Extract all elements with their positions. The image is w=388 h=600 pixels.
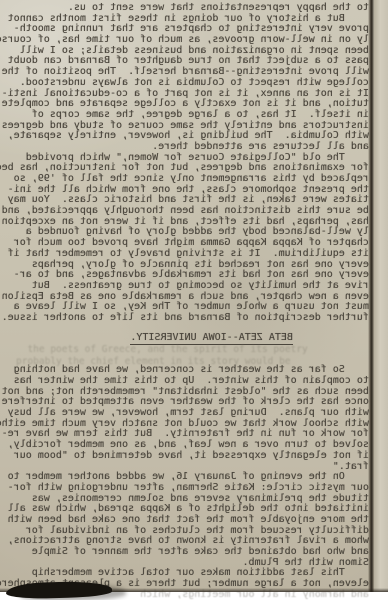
text-line: if not elegantly expressed it, have dete… [0, 451, 369, 462]
mirrored-typewritten-text: to the happy representations that were s… [0, 0, 369, 592]
ghost-text-line: probably the chief element in its story … [16, 356, 366, 368]
text-line: further description of Barnard and its l… [0, 313, 369, 324]
bleed-through-text: the poets of Greece, and the spirit of i… [16, 344, 366, 368]
ghost-text-line: the poets of Greece, and the spirit of i… [16, 344, 366, 356]
section-heading: BETA ZETA--IOWA UNIVERSITY. [0, 333, 369, 344]
page-margin-strip [374, 0, 388, 592]
scanned-page: to the happy representations that were s… [0, 0, 388, 592]
